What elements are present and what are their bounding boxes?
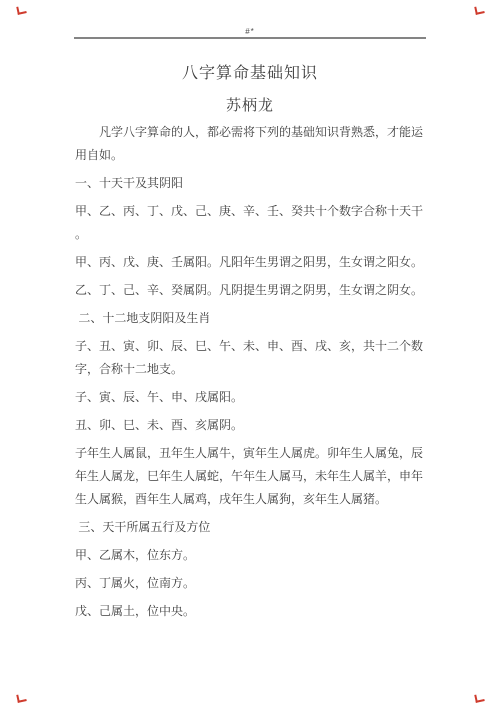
section-heading: 一、十天干及其阴阳 (75, 172, 427, 195)
text-line: 生人属猴，酉年生人属鸡，戌年生人属狗，亥年生人属猪。 (75, 488, 427, 511)
page-header: #* (74, 0, 426, 37)
text-line: 丙、丁属火，位南方。 (75, 572, 427, 595)
section-heading: 三、天干所属五行及方位 (75, 516, 427, 539)
text-line: 子、丑、寅、卯、辰、巳、午、未、申、酉、戌、亥，共十二个数 (75, 335, 427, 358)
paragraph: 甲、乙、丙、丁、戊、己、庚、辛、壬、癸共十个数字合称十天干。 (75, 200, 427, 246)
document-body: 凡学八字算命的人，都必需将下列的基础知识背熟悉，才能运用自如。一、十天干及其阴阳… (75, 121, 427, 628)
text-line: 凡学八字算命的人，都必需将下列的基础知识背熟悉，才能运 (75, 121, 427, 144)
header-rule (74, 37, 426, 39)
text-line: 用自如。 (75, 144, 427, 167)
paragraph: 子、寅、辰、午、申、戌属阳。 (75, 386, 427, 409)
paragraph: 甲、乙属木，位东方。 (75, 544, 427, 567)
text-line: 字，合称十二地支。 (75, 358, 427, 381)
text-line: 子、寅、辰、午、申、戌属阳。 (75, 386, 427, 409)
paragraph: 乙、丁、己、辛、癸属阴。凡阴提生男谓之阴男，生女谓之阴女。 (75, 279, 427, 302)
text-line: 戊、己属土，位中央。 (75, 600, 427, 623)
section-heading: 二、十二地支阴阳及生肖 (75, 307, 427, 330)
text-line: 一、十天干及其阴阳 (75, 172, 427, 195)
header-field-code: #* (74, 27, 426, 36)
text-line: 甲、乙属木，位东方。 (75, 544, 427, 567)
text-line: 三、天干所属五行及方位 (75, 516, 427, 539)
text-line: 甲、丙、戊、庚、壬属阳。凡阳年生男谓之阳男，生女谓之阳女。 (75, 251, 427, 274)
corner-mark-icon (474, 693, 484, 703)
corner-mark-icon (474, 5, 484, 15)
text-line: 年生人属龙，巳年生人属蛇，午年生人属马，未年生人属羊，申年 (75, 465, 427, 488)
document-page: #* 八字算命基础知识 苏柄龙 凡学八字算命的人，都必需将下列的基础知识背熟悉，… (0, 0, 500, 708)
text-line: 乙、丁、己、辛、癸属阴。凡阴提生男谓之阴男，生女谓之阴女。 (75, 279, 427, 302)
text-line: 子年生人属鼠，丑年生人属牛，寅年生人属虎。卯年生人属兔，辰 (75, 442, 427, 465)
corner-mark-icon (16, 5, 26, 15)
paragraph: 戊、己属土，位中央。 (75, 600, 427, 623)
paragraph: 子、丑、寅、卯、辰、巳、午、未、申、酉、戌、亥，共十二个数字，合称十二地支。 (75, 335, 427, 381)
document-author: 苏柄龙 (0, 94, 500, 115)
text-line: 甲、乙、丙、丁、戊、己、庚、辛、壬、癸共十个数字合称十天干 (75, 200, 427, 223)
paragraph: 丑、卯、巳、未、酉、亥属阴。 (75, 414, 427, 437)
text-line: 二、十二地支阴阳及生肖 (75, 307, 427, 330)
corner-mark-icon (16, 693, 26, 703)
text-line: 丑、卯、巳、未、酉、亥属阴。 (75, 414, 427, 437)
paragraph: 子年生人属鼠，丑年生人属牛，寅年生人属虎。卯年生人属兔，辰年生人属龙，巳年生人属… (75, 442, 427, 511)
paragraph: 甲、丙、戊、庚、壬属阳。凡阳年生男谓之阳男，生女谓之阳女。 (75, 251, 427, 274)
document-title: 八字算命基础知识 (0, 60, 500, 83)
paragraph: 丙、丁属火，位南方。 (75, 572, 427, 595)
paragraph: 凡学八字算命的人，都必需将下列的基础知识背熟悉，才能运用自如。 (75, 121, 427, 167)
text-line: 。 (75, 223, 427, 246)
